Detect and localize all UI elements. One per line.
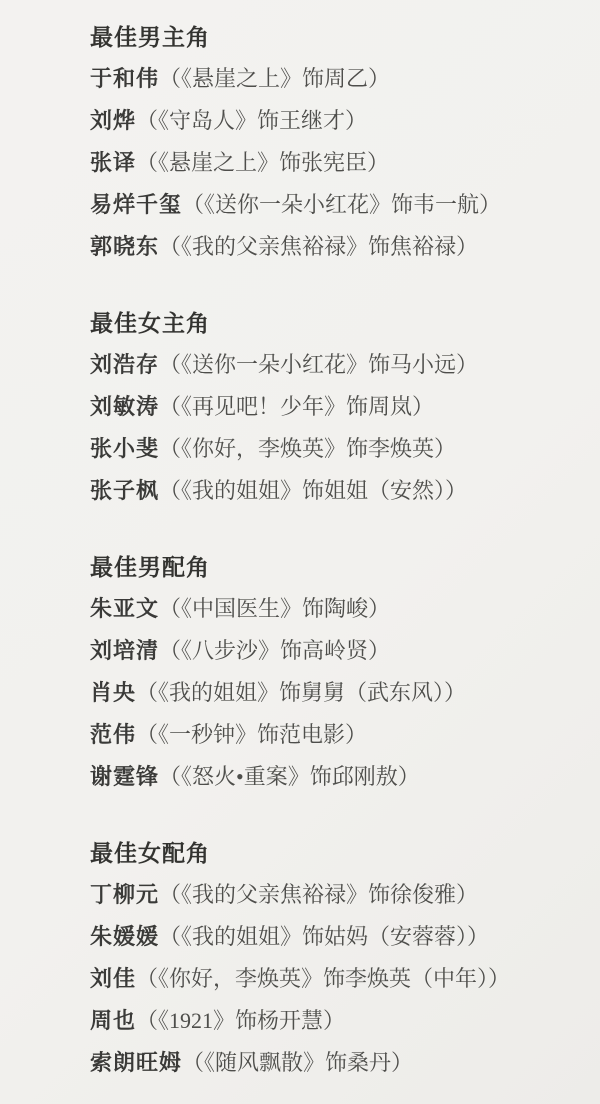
nominee-name: 刘烨 xyxy=(90,108,136,133)
nominee-row: 张译（《悬崖之上》饰张宪臣） xyxy=(90,142,570,184)
nominee-name: 张子枫 xyxy=(90,478,159,503)
nominee-name: 周也 xyxy=(90,1008,136,1033)
nominee-row: 刘浩存（《送你一朵小红花》饰马小远） xyxy=(90,344,570,386)
nominee-name: 郭晓东 xyxy=(90,234,159,259)
nominee-name: 刘佳 xyxy=(90,966,136,991)
nominee-detail: （《八步沙》饰高岭贤） xyxy=(159,638,390,663)
nominee-name: 索朗旺姆 xyxy=(90,1050,182,1075)
award-category-title: 最佳男配角 xyxy=(90,546,570,588)
nominee-detail: （《守岛人》饰王继才） xyxy=(136,108,367,133)
award-category-title: 最佳女配角 xyxy=(90,832,570,874)
nominee-name: 朱亚文 xyxy=(90,596,159,621)
nominee-detail: （《我的父亲焦裕禄》饰焦裕禄） xyxy=(159,234,478,259)
nominee-row: 刘培清（《八步沙》饰高岭贤） xyxy=(90,630,570,672)
nominations-document: 最佳男主角 于和伟（《悬崖之上》饰周乙） 刘烨（《守岛人》饰王继才） 张译（《悬… xyxy=(0,0,600,1104)
nominee-name: 丁柳元 xyxy=(90,882,159,907)
nominee-name: 肖央 xyxy=(90,680,136,705)
section-best-actor: 最佳男主角 于和伟（《悬崖之上》饰周乙） 刘烨（《守岛人》饰王继才） 张译（《悬… xyxy=(90,16,570,268)
nominee-row: 周也（《1921》饰杨开慧） xyxy=(90,1000,570,1042)
nominee-name: 范伟 xyxy=(90,722,136,747)
nominee-detail: （《1921》饰杨开慧） xyxy=(136,1008,345,1033)
nominee-row: 丁柳元（《我的父亲焦裕禄》饰徐俊雅） xyxy=(90,874,570,916)
award-category-title: 最佳男主角 xyxy=(90,16,570,58)
nominee-name: 刘浩存 xyxy=(90,352,159,377)
nominee-name: 张小斐 xyxy=(90,436,159,461)
nominee-name: 刘敏涛 xyxy=(90,394,159,419)
nominee-row: 肖央（《我的姐姐》饰舅舅（武东风）） xyxy=(90,672,570,714)
nominee-name: 朱媛媛 xyxy=(90,924,159,949)
nominee-row: 范伟（《一秒钟》饰范电影） xyxy=(90,714,570,756)
award-category-title: 最佳女主角 xyxy=(90,302,570,344)
nominee-row: 谢霆锋（《怒火•重案》饰邱刚敖） xyxy=(90,756,570,798)
nominee-detail: （《再见吧！少年》饰周岚） xyxy=(159,394,434,419)
nominee-name: 易烊千玺 xyxy=(90,192,182,217)
nominee-row: 刘佳（《你好，李焕英》饰李焕英（中年）） xyxy=(90,958,570,1000)
nominee-detail: （《随风飘散》饰桑丹） xyxy=(182,1050,413,1075)
nominee-row: 刘烨（《守岛人》饰王继才） xyxy=(90,100,570,142)
nominee-row: 易烊千玺（《送你一朵小红花》饰韦一航） xyxy=(90,184,570,226)
nominee-detail: （《我的父亲焦裕禄》饰徐俊雅） xyxy=(159,882,478,907)
nominee-detail: （《送你一朵小红花》饰马小远） xyxy=(159,352,478,377)
nominee-detail: （《我的姐姐》饰姐姐（安然）） xyxy=(159,478,467,503)
nominee-detail: （《中国医生》饰陶峻） xyxy=(159,596,390,621)
section-best-supporting-actor: 最佳男配角 朱亚文（《中国医生》饰陶峻） 刘培清（《八步沙》饰高岭贤） 肖央（《… xyxy=(90,546,570,798)
nominee-detail: （《悬崖之上》饰张宪臣） xyxy=(136,150,389,175)
nominee-row: 刘敏涛（《再见吧！少年》饰周岚） xyxy=(90,386,570,428)
nominee-row: 朱媛媛（《我的姐姐》饰姑妈（安蓉蓉）） xyxy=(90,916,570,958)
nominee-name: 于和伟 xyxy=(90,66,159,91)
nominee-row: 索朗旺姆（《随风飘散》饰桑丹） xyxy=(90,1042,570,1084)
nominee-name: 谢霆锋 xyxy=(90,764,159,789)
nominee-detail: （《一秒钟》饰范电影） xyxy=(136,722,367,747)
nominee-detail: （《我的姐姐》饰姑妈（安蓉蓉）） xyxy=(159,924,489,949)
nominee-row: 郭晓东（《我的父亲焦裕禄》饰焦裕禄） xyxy=(90,226,570,268)
nominee-name: 张译 xyxy=(90,150,136,175)
nominee-name: 刘培清 xyxy=(90,638,159,663)
nominee-detail: （《我的姐姐》饰舅舅（武东风）） xyxy=(136,680,466,705)
section-best-supporting-actress: 最佳女配角 丁柳元（《我的父亲焦裕禄》饰徐俊雅） 朱媛媛（《我的姐姐》饰姑妈（安… xyxy=(90,832,570,1084)
nominee-row: 于和伟（《悬崖之上》饰周乙） xyxy=(90,58,570,100)
nominee-row: 张子枫（《我的姐姐》饰姐姐（安然）） xyxy=(90,470,570,512)
nominee-detail: （《你好，李焕英》饰李焕英（中年）） xyxy=(136,966,510,991)
nominee-detail: （《送你一朵小红花》饰韦一航） xyxy=(182,192,501,217)
nominee-detail: （《怒火•重案》饰邱刚敖） xyxy=(159,764,420,789)
nominee-detail: （《你好，李焕英》饰李焕英） xyxy=(159,436,456,461)
nominee-row: 张小斐（《你好，李焕英》饰李焕英） xyxy=(90,428,570,470)
nominee-row: 朱亚文（《中国医生》饰陶峻） xyxy=(90,588,570,630)
nominee-detail: （《悬崖之上》饰周乙） xyxy=(159,66,390,91)
section-best-actress: 最佳女主角 刘浩存（《送你一朵小红花》饰马小远） 刘敏涛（《再见吧！少年》饰周岚… xyxy=(90,302,570,512)
